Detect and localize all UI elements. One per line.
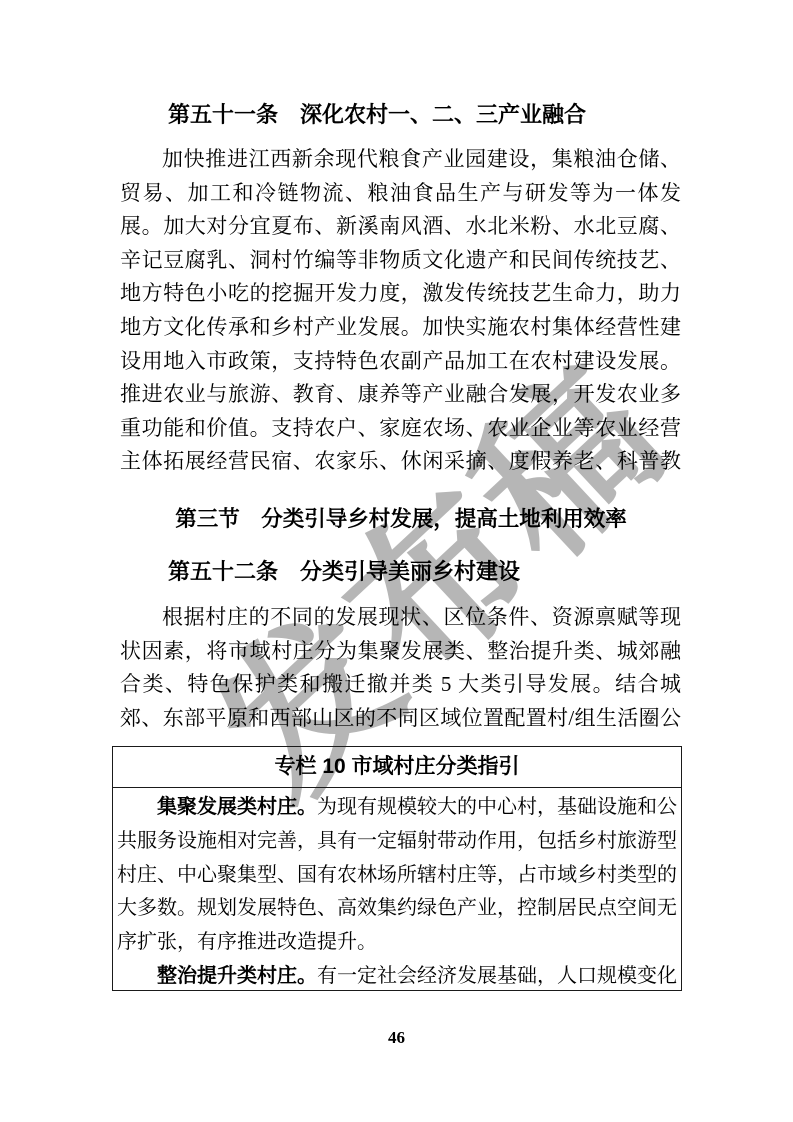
page-content: 第五十一条 深化农村一、二、三产业融合 加快推进江西新余现代粮食产业园建设，集粮… (0, 0, 793, 1122)
article-52-paragraph: 根据村庄的不同的发展现状、区位条件、资源禀赋等现状因素，将市域村庄分为集聚发展类… (120, 601, 681, 738)
box-paragraph-lead: 整治提升类村庄。 (157, 965, 317, 987)
article-52-heading: 第五十二条 分类引导美丽乡村建设 (120, 556, 682, 588)
section-3-heading: 第三节 分类引导乡村发展，提高土地利用效率 (120, 502, 682, 536)
callout-box-body: 集聚发展类村庄。为现有规模较大的中心村，基础设施和公共服务设施相对完善，具有一定… (113, 788, 681, 991)
box-paragraph-improvement: 整治提升类村庄。有一定社会经济发展基础，人口规模变化不大， (117, 960, 677, 991)
callout-box-title: 专栏 10 市域村庄分类指引 (113, 747, 681, 788)
document-page: 发布稿 第五十一条 深化农村一、二、三产业融合 加快推进江西新余现代粮食产业园建… (0, 0, 793, 1122)
article-51-heading: 第五十一条 深化农村一、二、三产业融合 (120, 99, 682, 131)
box-paragraph-cluster-development: 集聚发展类村庄。为现有规模较大的中心村，基础设施和公共服务设施相对完善，具有一定… (117, 791, 677, 960)
page-number: 46 (0, 1028, 793, 1048)
article-51-paragraph: 加快推进江西新余现代粮食产业园建设，集粮油仓储、贸易、加工和冷链物流、粮油食品生… (120, 143, 681, 480)
box-paragraph-text: 为现有规模较大的中心村，基础设施和公共服务设施相对完善，具有一定辐射带动作用，包… (117, 796, 677, 953)
callout-box-village-classification: 专栏 10 市域村庄分类指引 集聚发展类村庄。为现有规模较大的中心村，基础设施和… (112, 746, 682, 991)
box-paragraph-lead: 集聚发展类村庄。 (157, 796, 317, 818)
